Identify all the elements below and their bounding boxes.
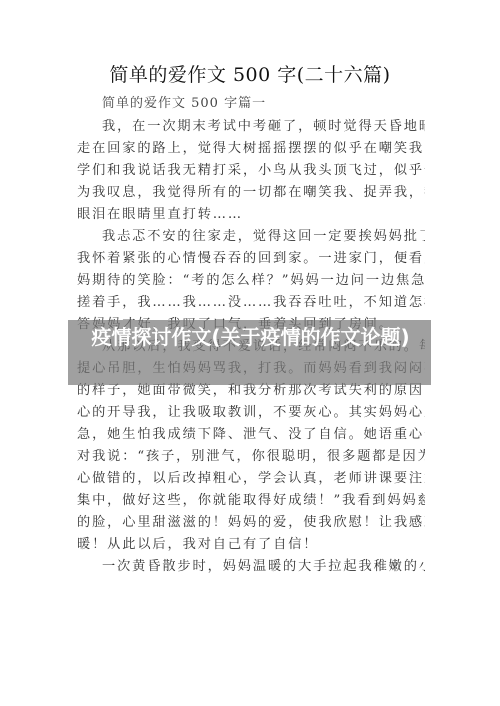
text-line: 暖！从此以后，我对自己有了自信！: [77, 534, 425, 556]
text-line: 的脸，心里甜滋滋的！妈妈的爱，使我欣慰！让我感到温: [77, 512, 425, 534]
text-line: 我怀着紧张的心情慢吞吞的回到家。一进家门，便看见妈: [77, 248, 425, 270]
text-line: 眼泪在眼睛里直打转……: [77, 204, 425, 226]
text-line: 对我说：“孩子，别泄气，你很聪明，很多题都是因为粗: [77, 446, 425, 468]
document-subtitle: 简单的爱作文 500 字篇一: [102, 92, 266, 111]
text-line: 我忐忑不安的往家走，觉得这回一定要挨妈妈批了！: [77, 226, 425, 248]
document-title: 简单的爱作文 500 字(二十六篇): [0, 60, 500, 87]
text-line: 一次黄昏散步时，妈妈温暖的大手拉起我稚嫩的小: [77, 556, 425, 578]
text-line: 我，在一次期末考试中考砸了，顿时觉得天昏地暗，: [77, 116, 425, 138]
text-line: 急，她生怕我成绩下降、泄气、没了自信。她语重心长的: [77, 424, 425, 446]
text-line: 走在回家的路上，觉得大树摇摇摆摆的似乎在嘲笑我，同: [77, 138, 425, 160]
text-line: 集中，做好这些，你就能取得好成绩！”我看到妈妈慈祥: [77, 490, 425, 512]
text-line: 心做错的，以后改掉粗心，学会认真，老师讲课要注意力: [77, 468, 425, 490]
text-line: 搓着手，我……我……没……我吞吞吐吐，不知道怎样回: [77, 292, 425, 314]
text-line: 为我叹息，我觉得所有的一切都在嘲笑我、捉弄我，我的: [77, 182, 425, 204]
text-line: 学们和我说话我无精打采，小鸟从我头顶飞过，似乎也在: [77, 160, 425, 182]
text-line: 妈期待的笑脸：“考的怎么样？”妈妈一边问一边焦急的: [77, 270, 425, 292]
text-line: 心的开导我，让我吸取教训，不要灰心。其实妈妈心里更: [77, 402, 425, 424]
overlay-title[interactable]: 疫情探讨作文(关于疫情的作文论题): [78, 324, 423, 350]
